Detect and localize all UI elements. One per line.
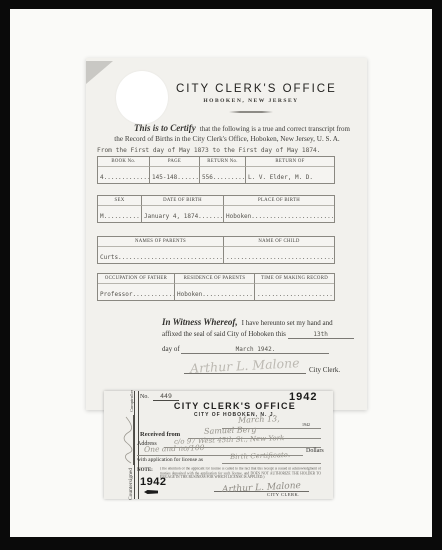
record-range-line: From the First day of May 1873 to the Fi… xyxy=(97,147,321,154)
witness-line3: day of March 1942. xyxy=(162,345,329,354)
sex-birth-table: SEX DATE OF BIRTH PLACE OF BIRTH M......… xyxy=(97,195,335,223)
certify-rest: that the following is a true and correct… xyxy=(200,125,350,133)
city-clerk-label: City Clerk. xyxy=(309,366,340,374)
license-label: with application for license as xyxy=(137,457,203,463)
column-header: TIME OF MAKING RECORD xyxy=(255,274,334,284)
receipt-year-bottom: 1942 xyxy=(140,476,166,488)
column-header: PLACE OF BIRTH xyxy=(224,196,334,206)
witness-text: day of xyxy=(162,345,180,353)
column-header: SEX xyxy=(98,196,142,206)
ornamental-rule xyxy=(229,111,273,113)
column-header: RETURN OF xyxy=(246,157,334,167)
table-cell: 4............. xyxy=(98,167,150,183)
photo-background: CITY CLERK'S OFFICE HOBOKEN, NEW JERSEY … xyxy=(10,9,432,537)
countersign-strip: Countersigned Comptroller xyxy=(104,391,134,499)
table-cell: 145-148........ xyxy=(150,167,200,183)
column-header: NAMES OF PARENTS xyxy=(98,237,224,247)
arrow-mark xyxy=(144,490,158,494)
day-number-field: 13th xyxy=(288,330,354,339)
clerk-signature-line: Arthur L. Malone xyxy=(184,357,306,374)
table-cell: 556......... xyxy=(200,167,246,183)
receipt-no-label: No. xyxy=(140,394,149,400)
table-cell: January 4, 1874............ xyxy=(142,206,224,222)
table-cell: Professor............... xyxy=(98,284,175,300)
table-cell: Hoboken.................................… xyxy=(224,206,334,222)
certify-line2: the Record of Births in the City Clerk's… xyxy=(94,135,360,143)
witness-text: affixed the seal of said City of Hoboken… xyxy=(162,330,286,338)
blank-seal-circle xyxy=(116,71,168,124)
table-cell: L. V. Elder, M. D. xyxy=(246,167,334,183)
book-page-return-table: BOOK No. PAGE RETURN No. RETURN OF 4....… xyxy=(97,156,335,184)
table-cell: Curts...................................… xyxy=(98,247,224,263)
certify-line: This is to Certify that the following is… xyxy=(122,118,362,136)
witness-lead: In Witness Whereof, xyxy=(162,317,238,327)
table-cell: ........................................… xyxy=(224,247,334,263)
table-cell: Hoboken.................... xyxy=(175,284,255,300)
office-subtitle: HOBOKEN, NEW JERSEY xyxy=(176,98,326,104)
column-header: BOOK No. xyxy=(98,157,150,167)
countersigned-label: Countersigned xyxy=(128,468,134,500)
day-number-value: 13th xyxy=(313,331,327,338)
folded-corner xyxy=(86,61,113,84)
witness-line1: In Witness Whereof, I have hereunto set … xyxy=(162,312,333,330)
note-label: NOTE: xyxy=(137,468,153,473)
witness-line2: affixed the seal of said City of Hoboken… xyxy=(162,330,354,339)
month-year-field: March 1942. xyxy=(181,345,329,354)
comptroller-signature xyxy=(121,415,134,465)
fee-receipt-stub: Countersigned Comptroller No. 449 1942 C… xyxy=(104,391,333,499)
column-header: OCCUPATION OF FATHER xyxy=(98,274,175,284)
column-header: PAGE xyxy=(150,157,200,167)
column-header: NAME OF CHILD xyxy=(224,237,334,247)
receipt-clerk-signature-line: Arthur L. Malone xyxy=(214,477,309,492)
occupation-residence-table: OCCUPATION OF FATHER RESIDENCE OF PARENT… xyxy=(97,273,335,301)
receipt-city-clerk-label: CITY CLERK. xyxy=(267,492,300,497)
parents-child-table: NAMES OF PARENTS NAME OF CHILD Curts....… xyxy=(97,236,335,264)
table-cell: ...................................... xyxy=(255,284,334,300)
birth-certificate-document: CITY CLERK'S OFFICE HOBOKEN, NEW JERSEY … xyxy=(86,58,367,410)
table-cell: M........... xyxy=(98,206,142,222)
certify-lead: This is to Certify xyxy=(134,123,196,133)
column-header: RESIDENCE OF PARENTS xyxy=(175,274,255,284)
witness-text: I have hereunto set my hand and xyxy=(242,319,333,327)
receipt-number: 449 xyxy=(153,392,179,401)
comptroller-label: Comptroller xyxy=(129,390,134,412)
column-header: RETURN No. xyxy=(200,157,246,167)
column-header: DATE OF BIRTH xyxy=(142,196,224,206)
clerk-signature: Arthur L. Malone xyxy=(190,355,300,376)
office-title: CITY CLERK'S OFFICE xyxy=(176,83,326,95)
receipt-office-title: CITY CLERK'S OFFICE xyxy=(142,401,328,411)
month-year-value: March 1942. xyxy=(236,346,276,353)
